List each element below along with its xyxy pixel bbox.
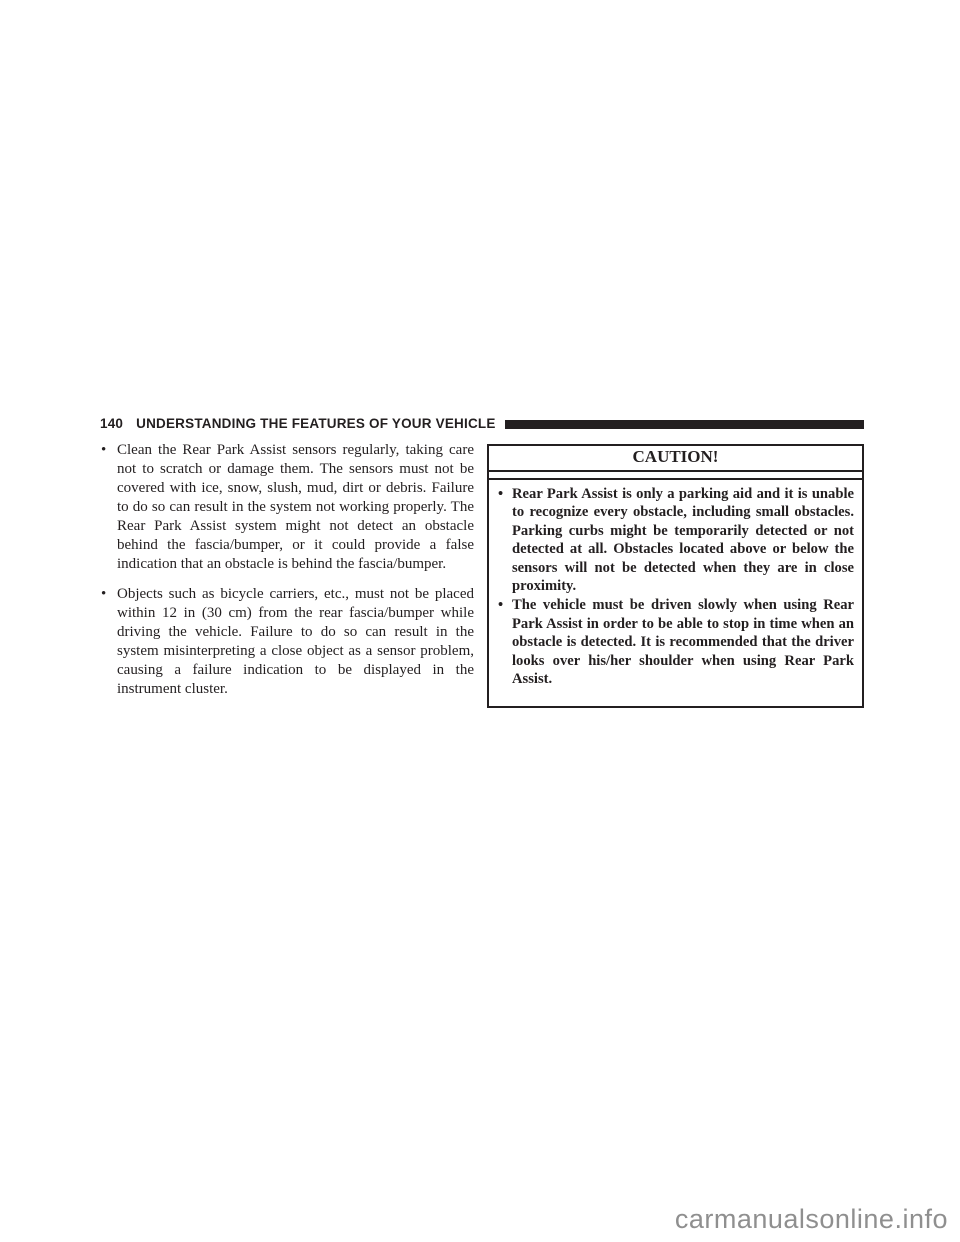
bullet-icon: • (101, 585, 106, 604)
caution-box-body: • Rear Park Assist is only a parking aid… (489, 478, 862, 706)
manual-page: 140 UNDERSTANDING THE FEATURES OF YOUR V… (0, 0, 960, 1242)
list-item-text: Objects such as bicycle carriers, etc., … (117, 586, 474, 697)
left-text-column: • Clean the Rear Park Assist sensors reg… (100, 441, 474, 699)
bullet-icon: • (101, 441, 106, 460)
caution-list: • Rear Park Assist is only a parking aid… (497, 485, 854, 688)
bullet-icon: • (498, 596, 503, 614)
page-number: 140 (100, 416, 123, 431)
list-item: • Clean the Rear Park Assist sensors reg… (100, 441, 474, 574)
bullet-icon: • (498, 485, 503, 503)
caution-box: CAUTION! • Rear Park Assist is only a pa… (487, 444, 864, 708)
page-title: UNDERSTANDING THE FEATURES OF YOUR VEHIC… (136, 416, 495, 431)
list-item-text: Rear Park Assist is only a parking aid a… (512, 486, 854, 594)
list-item: • Rear Park Assist is only a parking aid… (497, 485, 854, 595)
header-rule-bar (505, 420, 864, 429)
list-item: • Objects such as bicycle carriers, etc.… (100, 585, 474, 699)
running-header: 140 UNDERSTANDING THE FEATURES OF YOUR V… (100, 416, 864, 431)
list-item-text: Clean the Rear Park Assist sensors regul… (117, 442, 474, 572)
sensor-care-list: • Clean the Rear Park Assist sensors reg… (100, 441, 474, 699)
caution-box-title: CAUTION! (489, 446, 862, 472)
list-item: • The vehicle must be driven slowly when… (497, 596, 854, 688)
watermark-text: carmanualsonline.info (675, 1204, 948, 1235)
list-item-text: The vehicle must be driven slowly when u… (512, 597, 854, 687)
